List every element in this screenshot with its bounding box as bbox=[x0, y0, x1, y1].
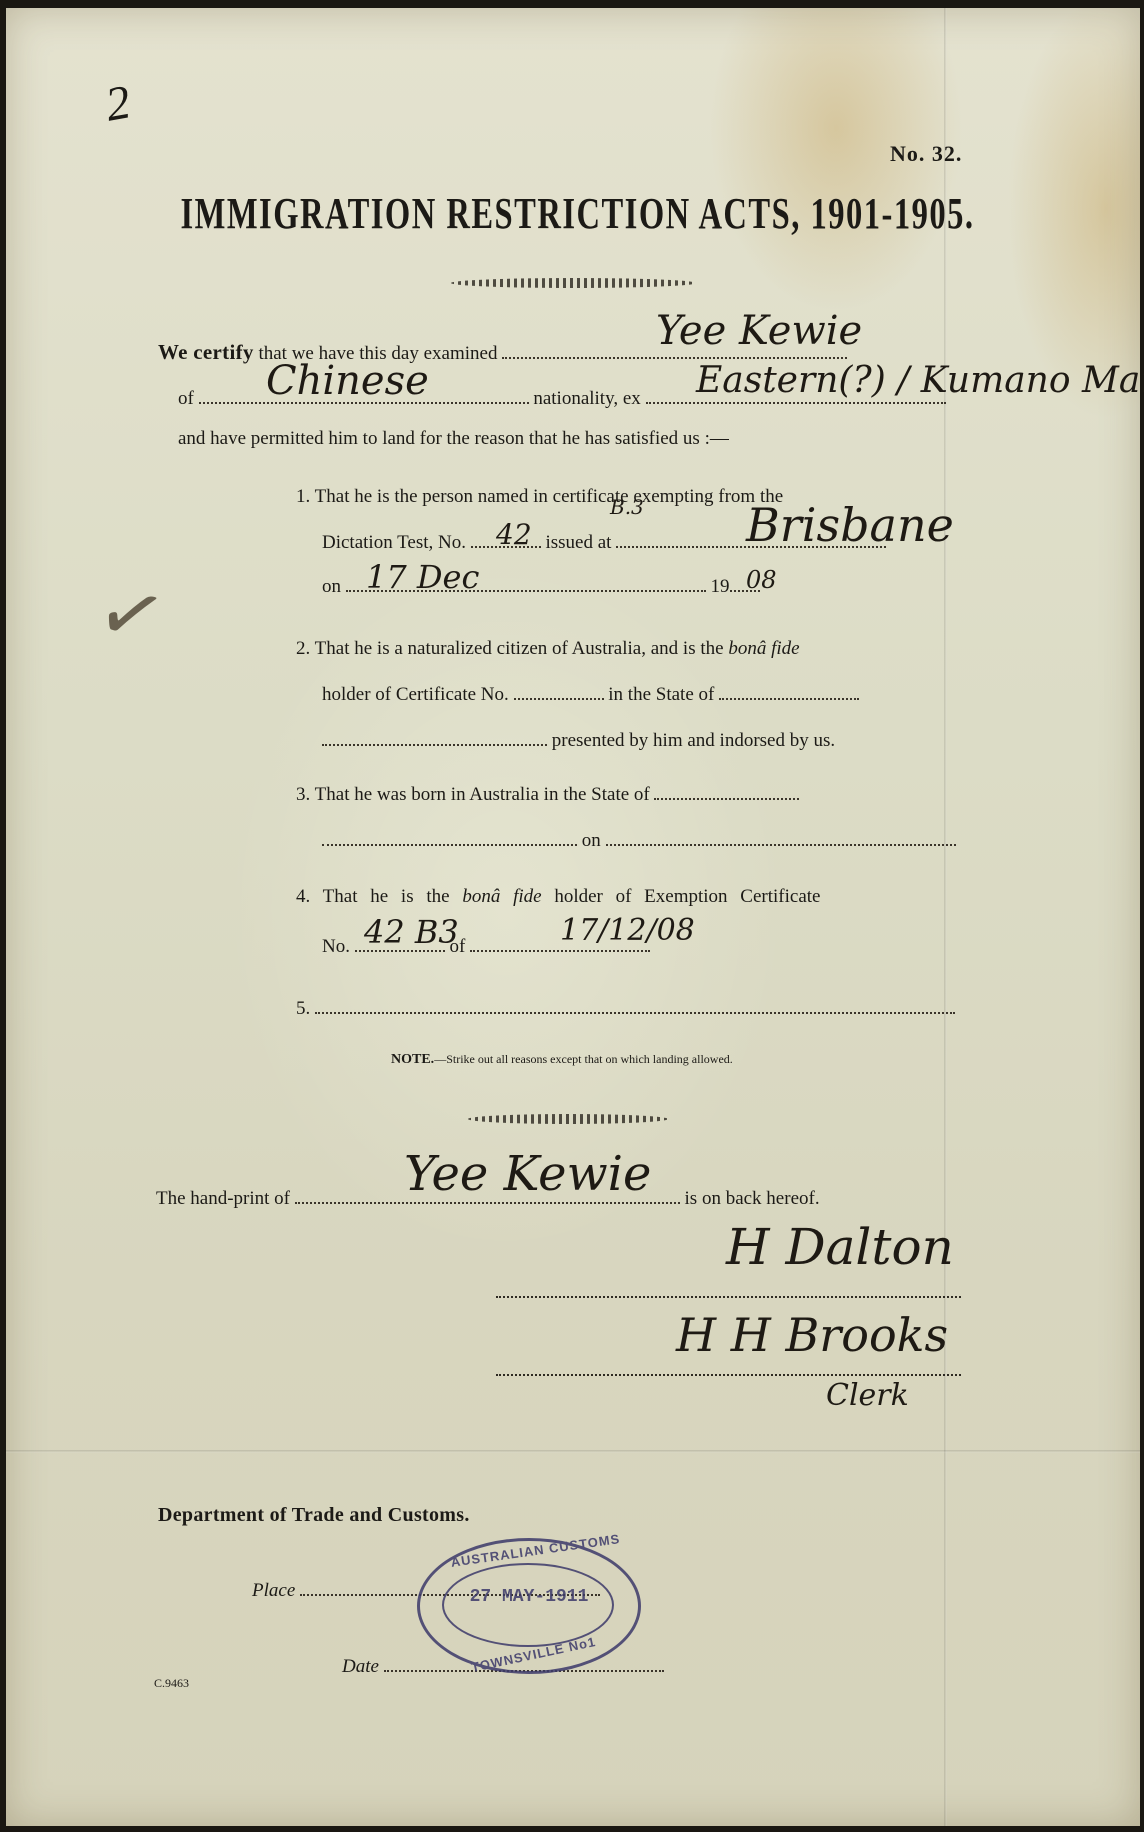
signature-line-1 bbox=[496, 1296, 961, 1298]
stamp-date: 27 MAY-1911 bbox=[420, 1587, 638, 1607]
reason-4-text-b: holder of Exemption Certificate bbox=[554, 886, 820, 907]
corner-mark: 2 bbox=[101, 74, 134, 132]
year-prefix: 19 bbox=[711, 576, 730, 597]
birth-on-label: on bbox=[582, 830, 601, 851]
reason-2-line-2: holder of Certificate No. in the State o… bbox=[322, 684, 859, 706]
reason-1-number: 1. bbox=[296, 486, 310, 507]
nationality-label: nationality, ex bbox=[533, 388, 640, 409]
document-page: 2 No. 32. IMMIGRATION RESTRICTION ACTS, … bbox=[6, 8, 1140, 1826]
handprint-suffix: is on back hereof. bbox=[685, 1188, 820, 1209]
ornament-divider-2 bbox=[468, 1114, 668, 1124]
reason-4-number: 4. bbox=[296, 886, 310, 907]
handprint-name-value: Yee Kewie bbox=[404, 1146, 651, 1202]
bona-fide-text: bonâ fide bbox=[462, 886, 541, 907]
page-title: IMMIGRATION RESTRICTION ACTS, 1901-1905. bbox=[154, 188, 1001, 239]
ship-value: Eastern(?) / Kumano Maru bbox=[696, 360, 1144, 401]
exemption-no-value: 42 B3 bbox=[364, 913, 459, 951]
test-number-annotation: B.3 bbox=[610, 495, 644, 519]
margin-tick-mark: ✓ bbox=[87, 561, 176, 668]
ornament-divider bbox=[451, 278, 696, 288]
reason-5-field bbox=[315, 1011, 955, 1014]
reason-3-text: That he was born in Australia in the Sta… bbox=[315, 784, 650, 805]
dictation-test-label: Dictation Test, No. bbox=[322, 532, 466, 553]
form-code: C.9463 bbox=[154, 1676, 189, 1691]
presented-field bbox=[322, 743, 547, 746]
issued-at-label: issued at bbox=[545, 532, 611, 553]
examined-name-field bbox=[502, 356, 847, 359]
reason-1-line-1: 1. That he is the person named in certif… bbox=[296, 486, 783, 508]
handprint-label: The hand-print of bbox=[156, 1188, 290, 1209]
test-number-value: 42 bbox=[496, 518, 532, 551]
reason-3-line-1: 3. That he was born in Australia in the … bbox=[296, 784, 799, 806]
reason-4-text-a: That he is the bbox=[323, 886, 450, 907]
examined-name-value: Yee Kewie bbox=[656, 308, 862, 354]
reason-3-line-2: on bbox=[322, 830, 956, 852]
reason-3-number: 3. bbox=[296, 784, 310, 805]
reason-2-line-3: presented by him and indorsed by us. bbox=[322, 730, 835, 752]
signature-2-title: Clerk bbox=[826, 1378, 909, 1413]
date-value: 17 Dec bbox=[366, 558, 479, 596]
year-suffix-value: 08 bbox=[746, 566, 777, 594]
reason-2-number: 2. bbox=[296, 638, 310, 659]
fold-vertical bbox=[944, 8, 947, 1826]
signature-2: H H Brooks bbox=[676, 1308, 948, 1362]
reason-5-number: 5. bbox=[296, 998, 310, 1019]
signature-1: H Dalton bbox=[726, 1218, 954, 1276]
of-label: of bbox=[178, 388, 194, 409]
certify-prefix: We certify bbox=[158, 340, 254, 364]
issued-at-value: Brisbane bbox=[746, 498, 954, 552]
note: NOTE.—Strike out all reasons except that… bbox=[391, 1052, 733, 1068]
customs-stamp: AUSTRALIAN CUSTOMS 27 MAY-1911 TOWNSVILL… bbox=[417, 1538, 641, 1674]
birth-state-field bbox=[654, 797, 799, 800]
birth-date-field bbox=[606, 843, 956, 846]
reason-2-line-1: 2. That he is a naturalized citizen of A… bbox=[296, 638, 800, 660]
fold-horizontal bbox=[6, 1450, 1140, 1453]
nationality-value: Chinese bbox=[266, 358, 429, 404]
form-number: No. 32. bbox=[890, 141, 962, 167]
state-label: in the State of bbox=[608, 684, 714, 705]
ship-field bbox=[646, 401, 946, 404]
exemption-no-label: No. bbox=[322, 936, 350, 957]
certificate-no-label: holder of Certificate No. bbox=[322, 684, 509, 705]
department-name: Department of Trade and Customs. bbox=[158, 1504, 470, 1527]
reason-5-line: 5. bbox=[296, 998, 955, 1020]
reason-4-line-1: 4. That he is the bonâ fide holder of Ex… bbox=[296, 886, 820, 908]
birth-place-field bbox=[322, 843, 577, 846]
permitted-text: and have permitted him to land for the r… bbox=[178, 428, 729, 450]
presented-label: presented by him and indorsed by us. bbox=[552, 730, 835, 751]
signature-line-2 bbox=[496, 1374, 961, 1376]
note-label: NOTE. bbox=[391, 1052, 434, 1067]
state-field bbox=[719, 697, 859, 700]
reason-1-text: That he is the person named in certifica… bbox=[315, 486, 784, 507]
bona-fide-text: bonâ fide bbox=[728, 638, 799, 659]
note-text: —Strike out all reasons except that on w… bbox=[434, 1052, 733, 1066]
exemption-date-field bbox=[470, 949, 650, 952]
date-label: Date bbox=[342, 1656, 379, 1677]
on-label: on bbox=[322, 576, 341, 597]
place-label: Place bbox=[252, 1580, 295, 1601]
certificate-no-field bbox=[514, 697, 604, 700]
reason-2-text: That he is a naturalized citizen of Aust… bbox=[315, 638, 724, 659]
exemption-date-value: 17/12/08 bbox=[560, 913, 695, 948]
